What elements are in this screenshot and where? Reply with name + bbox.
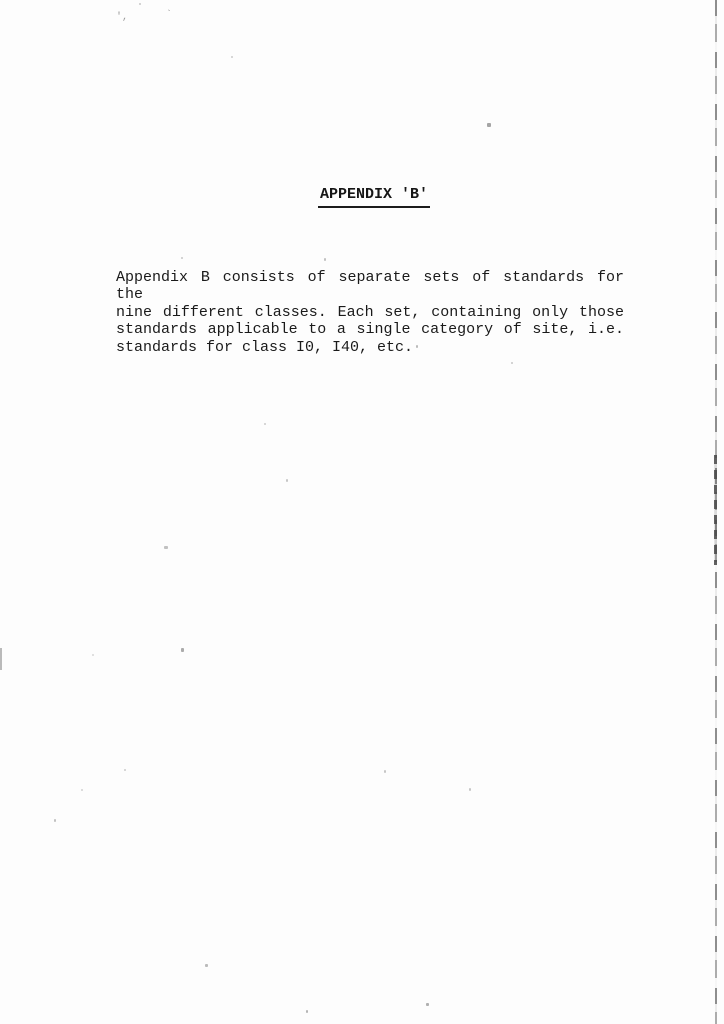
scan-speck	[264, 423, 266, 425]
scan-speck	[306, 1010, 308, 1013]
scan-speck	[487, 123, 491, 127]
scan-speck	[181, 257, 183, 259]
scan-speck	[324, 258, 326, 261]
scanned-page: APPENDIX 'B' Appendix B consists of sepa…	[0, 0, 724, 1024]
scan-speck	[469, 788, 471, 791]
scan-speck	[54, 819, 56, 822]
paragraph-line: standards for class I0, I40, etc.	[116, 339, 624, 356]
paragraph-line: standards applicable to a single categor…	[116, 321, 624, 338]
scan-speck	[139, 3, 141, 5]
scan-speck	[205, 964, 208, 967]
scan-speck	[231, 56, 233, 58]
page-title: APPENDIX 'B'	[318, 186, 430, 208]
scan-mark: ',	[116, 12, 128, 23]
scan-speck	[124, 769, 126, 771]
scan-edge-line-dark-segment	[714, 455, 717, 565]
scan-speck	[511, 362, 513, 364]
scan-speck	[164, 546, 168, 549]
scan-speck	[426, 1003, 429, 1006]
scan-speck	[286, 479, 288, 482]
paragraph-line: nine different classes. Each set, contai…	[116, 304, 624, 321]
body-paragraph: Appendix B consists of separate sets of …	[116, 269, 624, 356]
scan-speck	[92, 654, 94, 656]
scan-speck	[181, 648, 184, 652]
paragraph-line: Appendix B consists of separate sets of …	[116, 269, 624, 304]
scan-speck	[384, 770, 386, 773]
scan-left-edge-mark	[0, 648, 2, 670]
scan-mark: `	[166, 10, 172, 21]
scan-speck	[416, 345, 418, 348]
scan-speck	[81, 789, 83, 791]
